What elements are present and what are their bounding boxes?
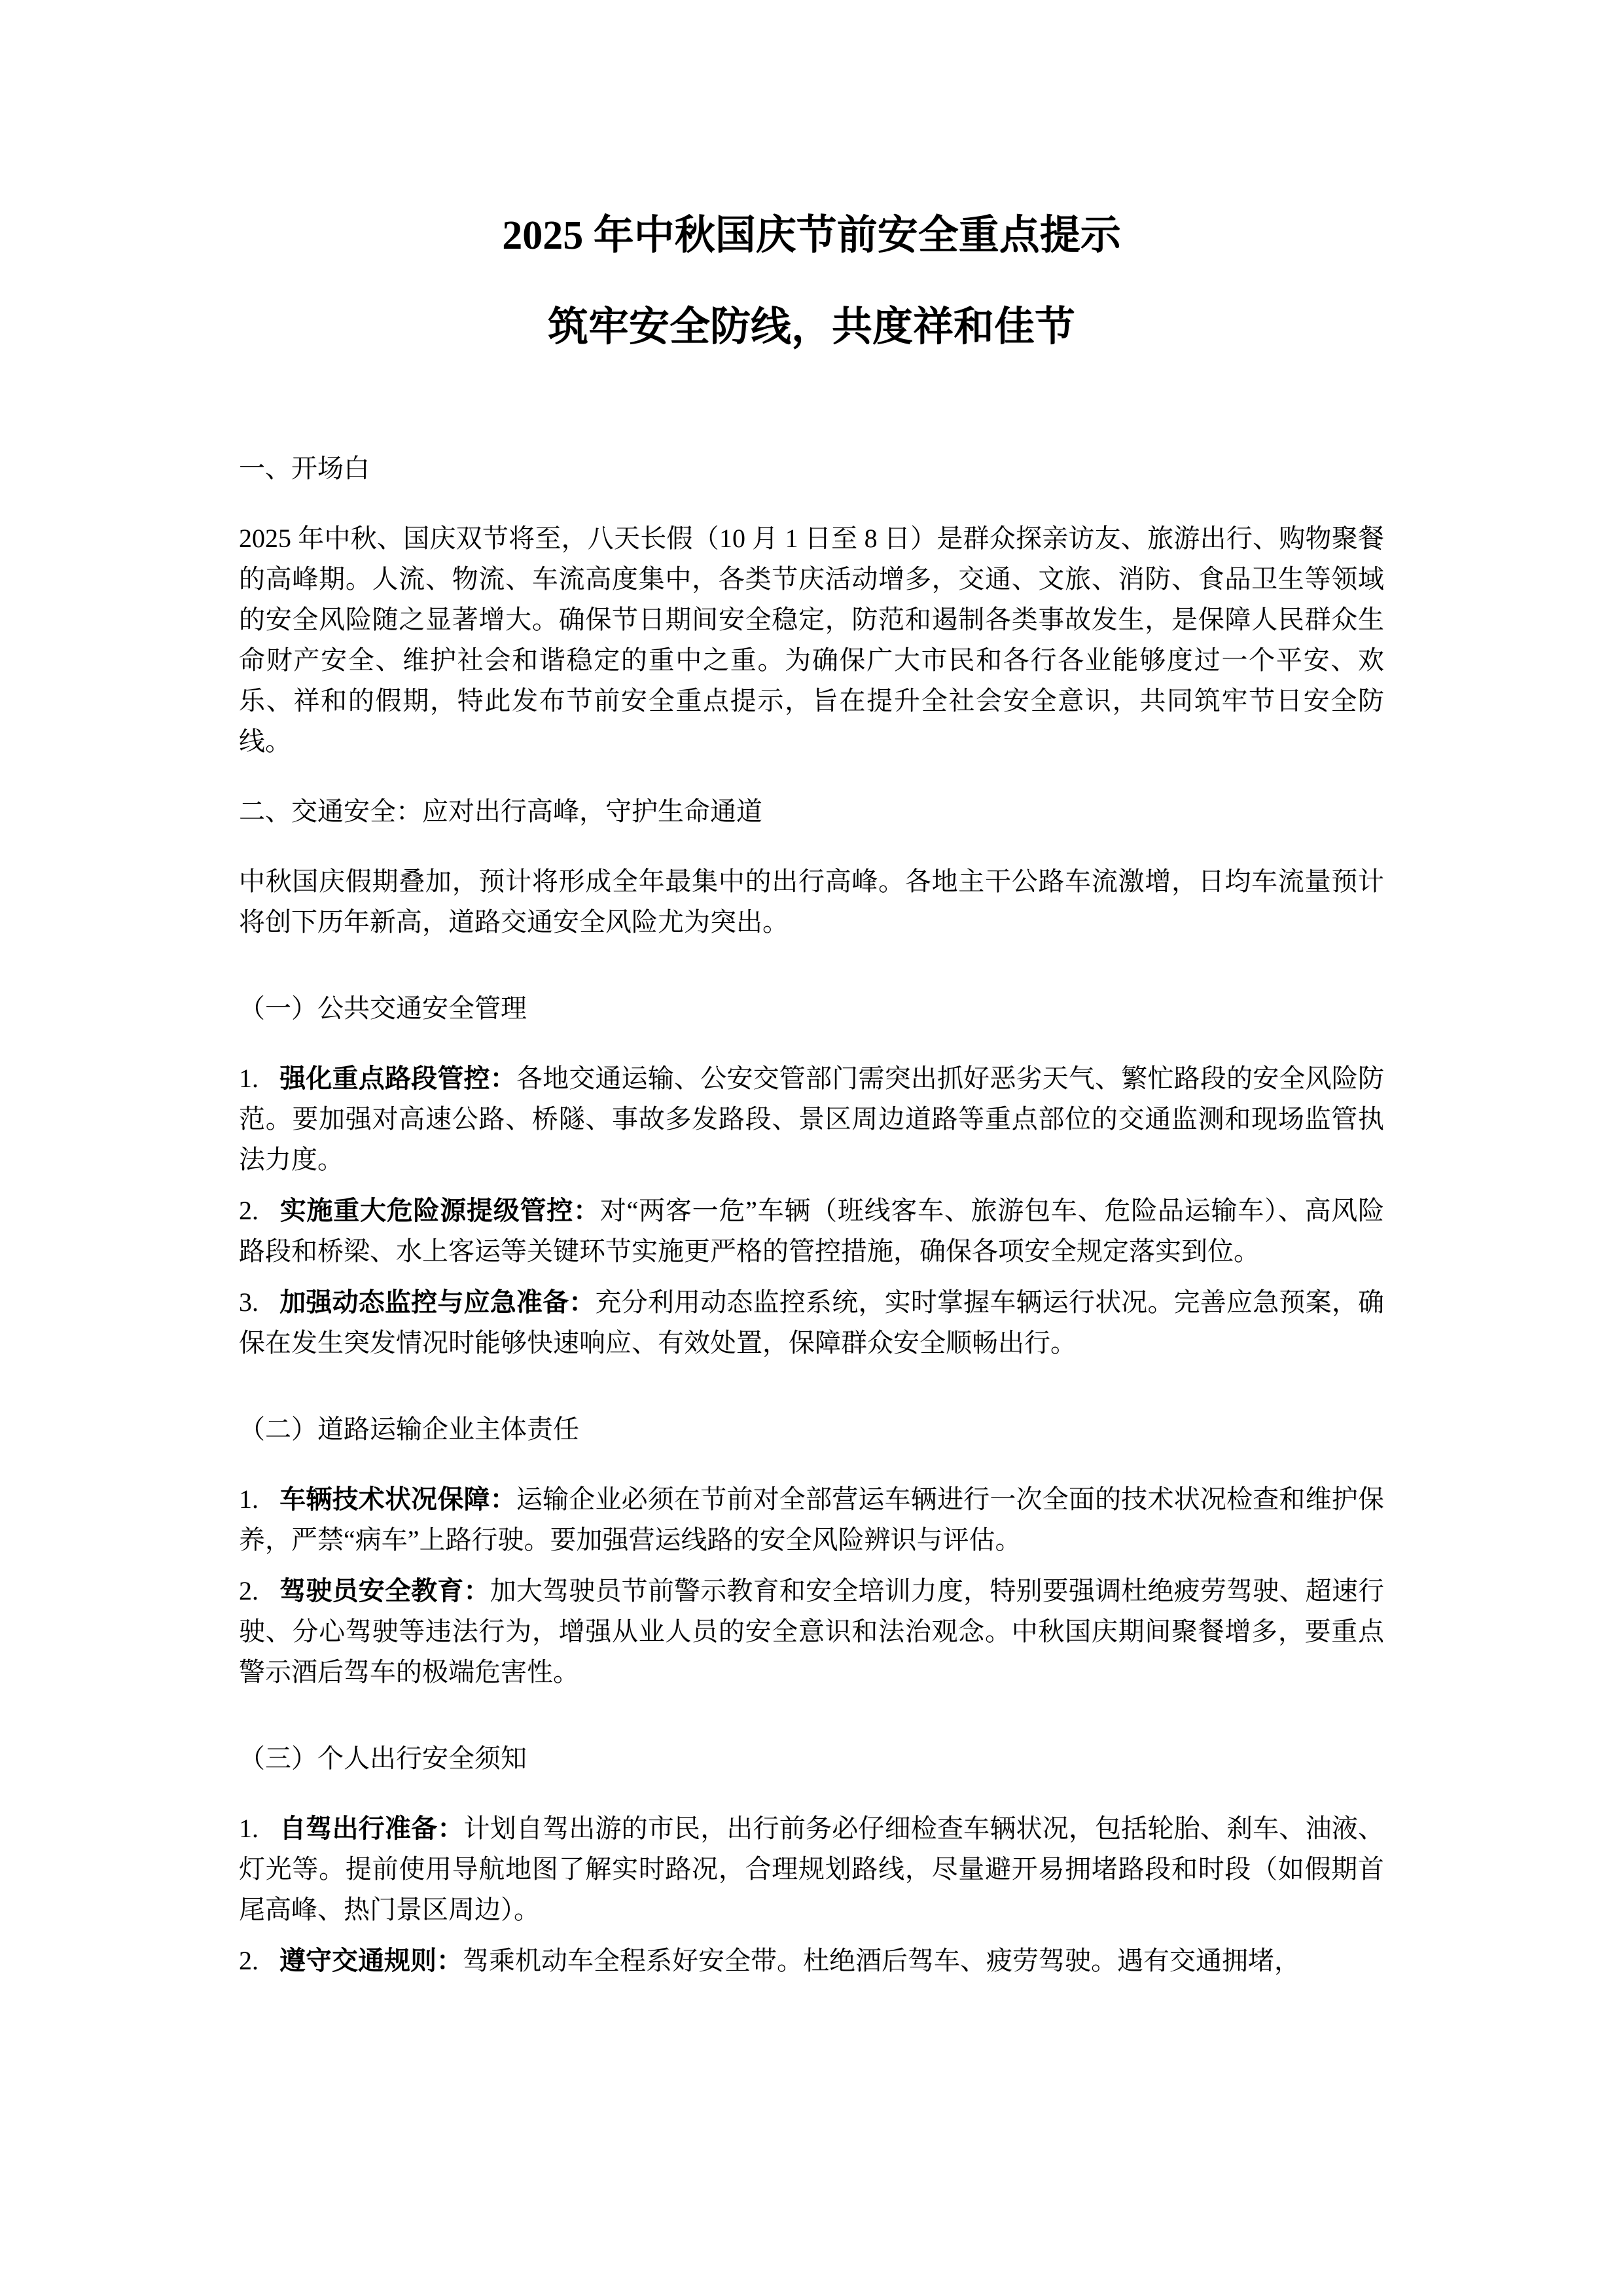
list-item: 2.遵守交通规则：驾乘机动车全程系好安全带。杜绝酒后驾车、疲劳驾驶。遇有交通拥堵… bbox=[239, 1941, 1384, 1981]
public-transport-list: 1.强化重点路段管控：各地交通运输、公安交管部门需突出抓好恶劣天气、繁忙路段的安… bbox=[239, 1058, 1384, 1363]
document-title-line-1: 2025 年中秋国庆节前安全重点提示 bbox=[239, 190, 1384, 281]
subsection-heading-transport-enterprise: （二）道路运输企业主体责任 bbox=[239, 1409, 1384, 1450]
item-label: 驾驶员安全教育： bbox=[279, 1576, 490, 1605]
item-number: 1. bbox=[239, 1058, 262, 1099]
list-item: 1.强化重点路段管控：各地交通运输、公安交管部门需突出抓好恶劣天气、繁忙路段的安… bbox=[239, 1058, 1384, 1180]
item-label: 遵守交通规则： bbox=[279, 1946, 463, 1975]
personal-travel-list: 1.自驾出行准备：计划自驾出游的市民，出行前务必仔细检查车辆状况，包括轮胎、刹车… bbox=[239, 1808, 1384, 1981]
opening-paragraph: 2025 年中秋、国庆双节将至，八天长假（10 月 1 日至 8 日）是群众探亲… bbox=[239, 518, 1384, 762]
item-number: 2. bbox=[239, 1941, 262, 1981]
section-heading-opening: 一、开场白 bbox=[239, 448, 1384, 489]
item-number: 3. bbox=[239, 1282, 262, 1323]
item-label: 车辆技术状况保障： bbox=[279, 1484, 516, 1514]
section-heading-traffic-safety: 二、交通安全：应对出行高峰，守护生命通道 bbox=[239, 791, 1384, 832]
list-item: 2.实施重大危险源提级管控：对“两客一危”车辆（班线客车、旅游包车、危险品运输车… bbox=[239, 1191, 1384, 1272]
document-page: 2025 年中秋国庆节前安全重点提示 筑牢安全防线，共度祥和佳节 一、开场白 2… bbox=[0, 0, 1623, 2296]
item-text: 驾乘机动车全程系好安全带。杜绝酒后驾车、疲劳驾驶。遇有交通拥堵， bbox=[463, 1946, 1300, 1975]
list-item: 1.自驾出行准备：计划自驾出游的市民，出行前务必仔细检查车辆状况，包括轮胎、刹车… bbox=[239, 1808, 1384, 1930]
subsection-heading-public-transport: （一）公共交通安全管理 bbox=[239, 988, 1384, 1029]
item-number: 2. bbox=[239, 1191, 262, 1231]
item-number: 1. bbox=[239, 1479, 262, 1520]
document-title: 2025 年中秋国庆节前安全重点提示 筑牢安全防线，共度祥和佳节 bbox=[239, 190, 1384, 373]
item-label: 加强动态监控与应急准备： bbox=[279, 1287, 595, 1317]
subsection-heading-personal-travel: （三）个人出行安全须知 bbox=[239, 1738, 1384, 1779]
item-label: 实施重大危险源提级管控： bbox=[279, 1196, 600, 1225]
document-title-line-2: 筑牢安全防线，共度祥和佳节 bbox=[239, 281, 1384, 373]
item-number: 2. bbox=[239, 1571, 262, 1611]
transport-enterprise-list: 1.车辆技术状况保障：运输企业必须在节前对全部营运车辆进行一次全面的技术状况检查… bbox=[239, 1479, 1384, 1693]
list-item: 1.车辆技术状况保障：运输企业必须在节前对全部营运车辆进行一次全面的技术状况检查… bbox=[239, 1479, 1384, 1560]
traffic-intro-paragraph: 中秋国庆假期叠加，预计将形成全年最集中的出行高峰。各地主干公路车流激增，日均车流… bbox=[239, 861, 1384, 942]
item-label: 自驾出行准备： bbox=[279, 1814, 464, 1843]
list-item: 3.加强动态监控与应急准备：充分利用动态监控系统，实时掌握车辆运行状况。完善应急… bbox=[239, 1282, 1384, 1363]
list-item: 2.驾驶员安全教育：加大驾驶员节前警示教育和安全培训力度，特别要强调杜绝疲劳驾驶… bbox=[239, 1571, 1384, 1693]
item-number: 1. bbox=[239, 1808, 262, 1849]
item-label: 强化重点路段管控： bbox=[279, 1064, 516, 1093]
